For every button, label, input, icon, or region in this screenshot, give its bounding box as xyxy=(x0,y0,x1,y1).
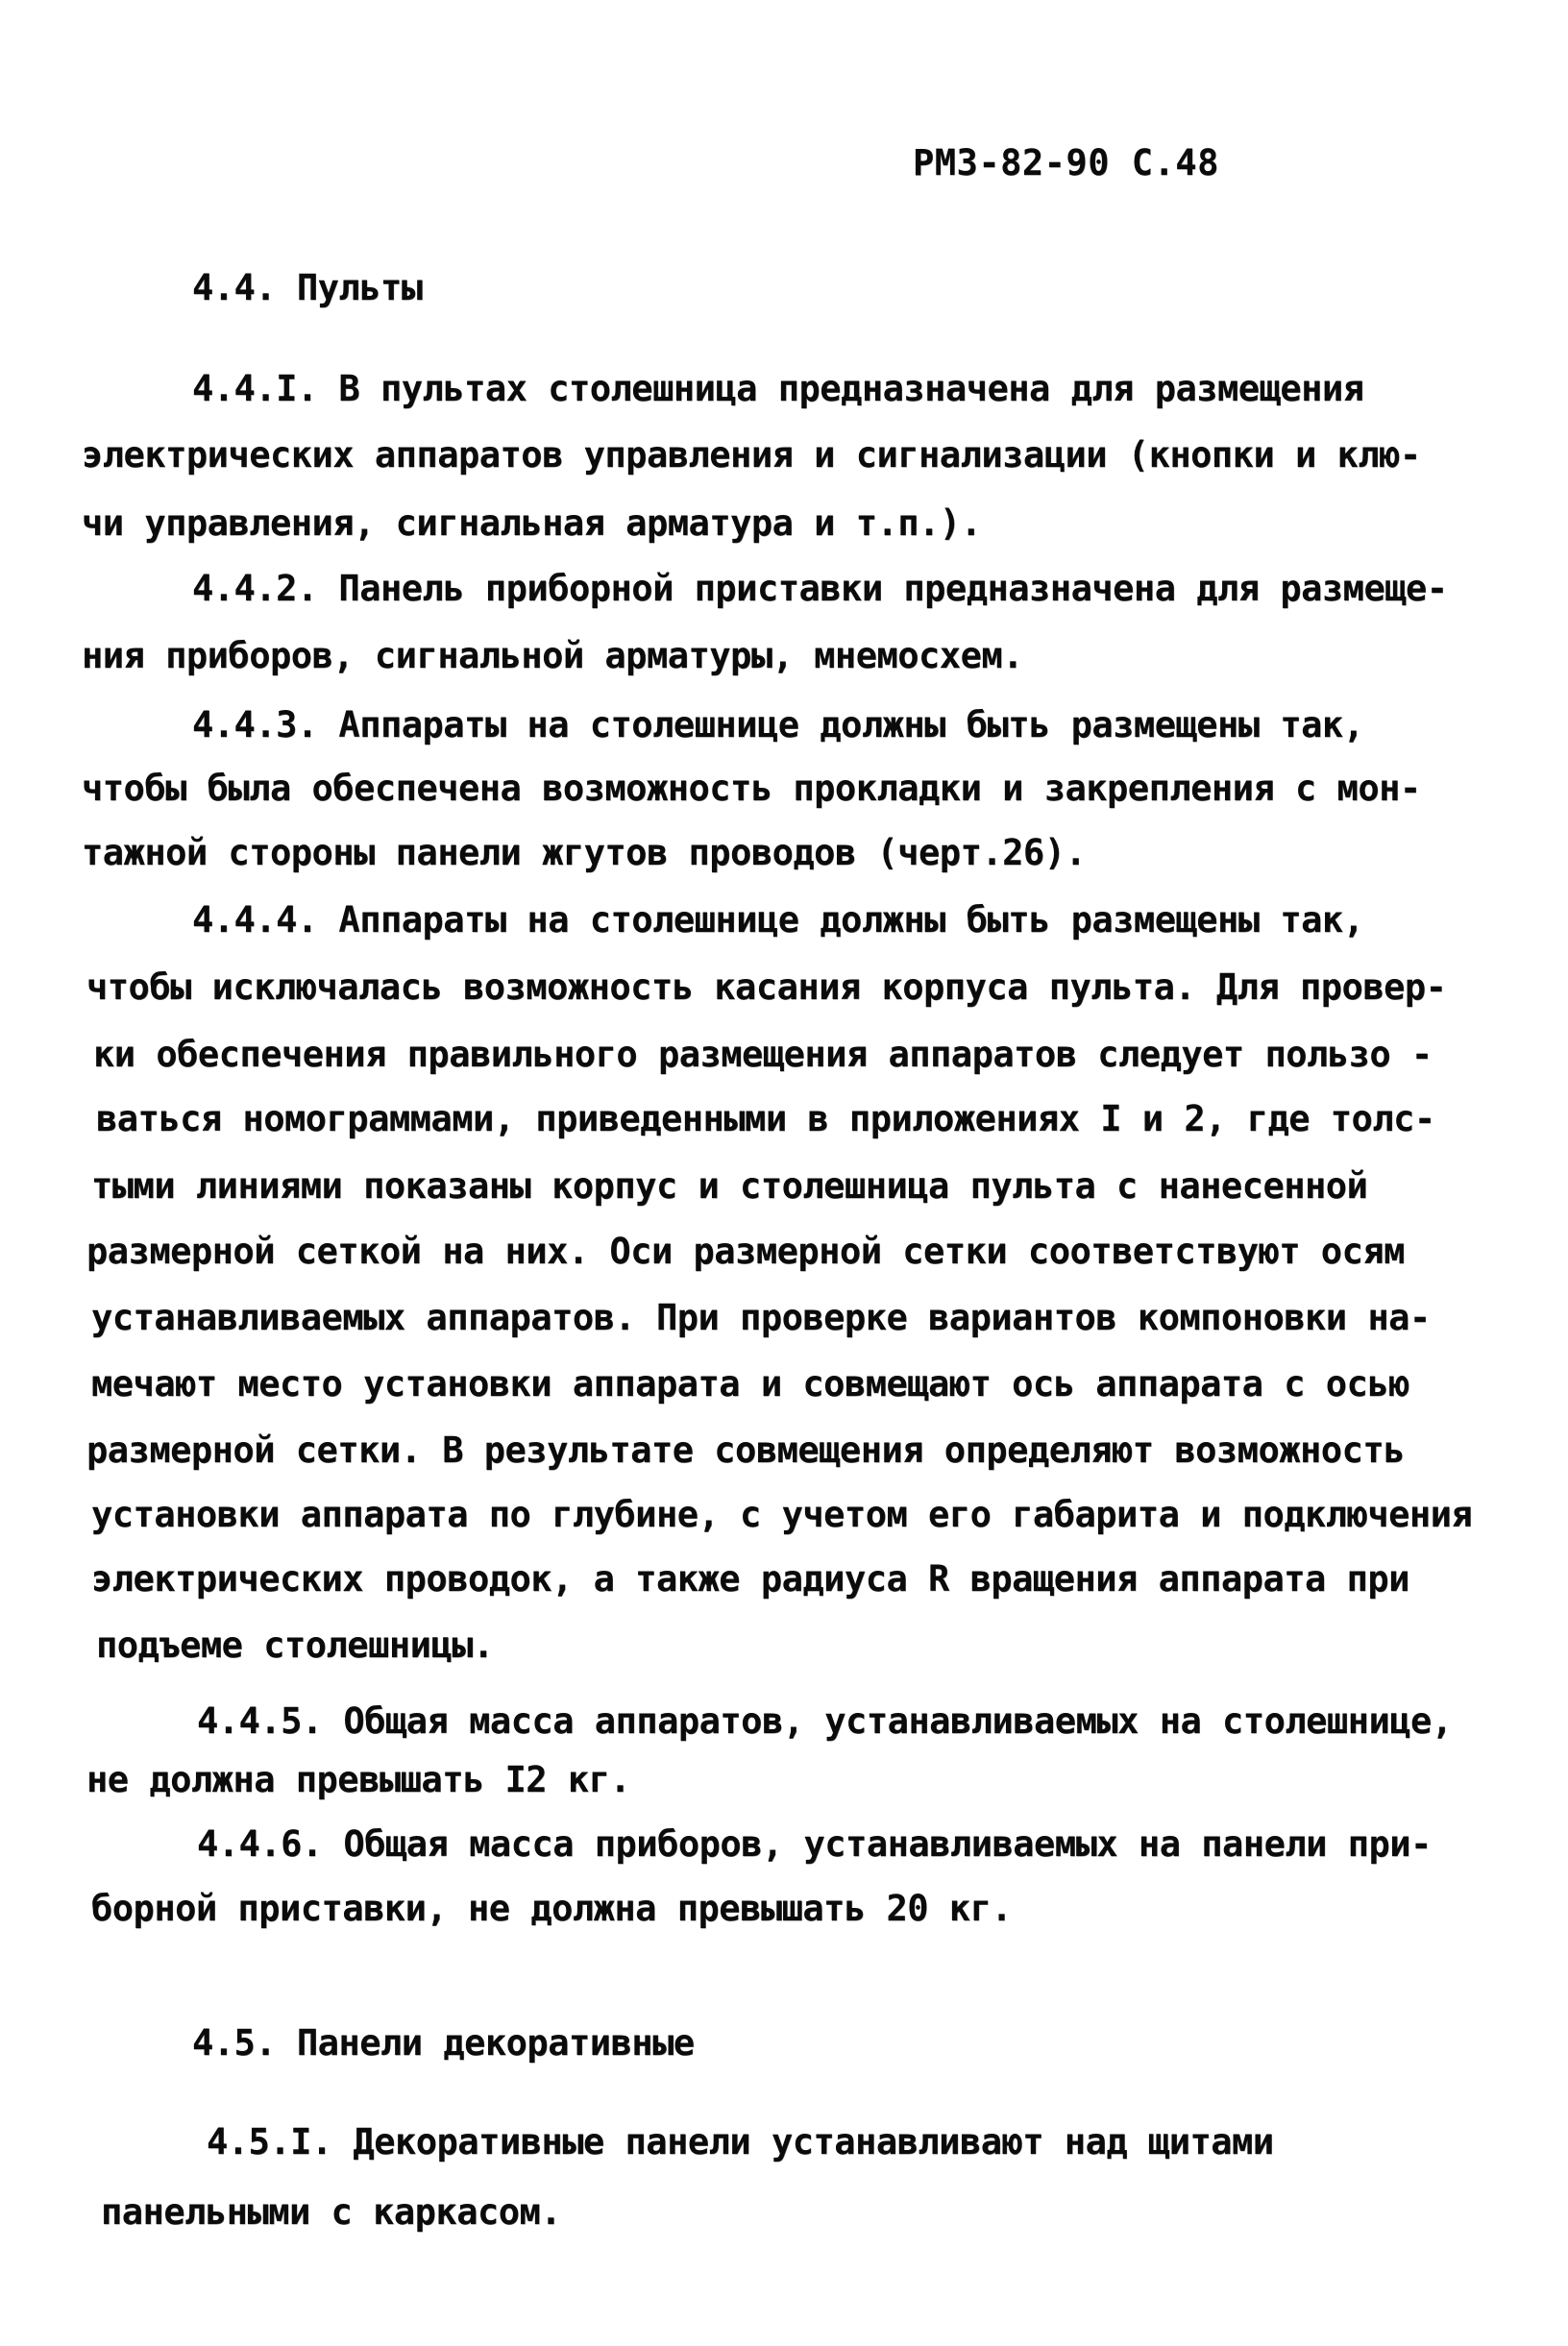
text-line: размерной сетки. В результате совмещения… xyxy=(86,1431,1405,1471)
text-line: размерной сеткой на них. Оси размерной с… xyxy=(86,1233,1405,1272)
text-line: борной приставки, не должна превышать 20… xyxy=(91,1890,1012,1929)
text-line: ки обеспечения правильного размещения ап… xyxy=(93,1036,1433,1075)
text-line: ния приборов, сигнальной арматуры, мнемо… xyxy=(82,637,1023,676)
text-line: устанавливаемых аппаратов. При проверке … xyxy=(91,1299,1431,1338)
text-line: тажной стороны панели жгутов проводов (ч… xyxy=(82,834,1086,873)
text-line: панельными с каркасом. xyxy=(101,2193,561,2233)
text-line: не должна превышать I2 кг. xyxy=(86,1761,630,1800)
text-line: ваться номограммами, приведенными в прил… xyxy=(96,1100,1435,1139)
text-line: подъеме столешницы. xyxy=(96,1626,494,1666)
text-line: 4.4.6. Общая масса приборов, устанавлива… xyxy=(197,1825,1432,1865)
text-line: 4.4.5. Общая масса аппаратов, устанавлив… xyxy=(197,1702,1453,1742)
text-line: чтобы исключалась возможность касания ко… xyxy=(86,968,1446,1008)
page-reference: РМ3-82-90 С.48 xyxy=(913,144,1219,183)
section-heading-4-4: 4.4. Пульты xyxy=(192,269,423,308)
text-line: чтобы была обеспечена возможность прокла… xyxy=(82,770,1421,809)
text-line: 4.5.I. Декоративные панели устанавливают… xyxy=(207,2123,1274,2163)
text-line: тыми линиями показаны корпус и столешниц… xyxy=(91,1167,1367,1207)
scanned-document-page: РМ3-82-90 С.48 4.4. Пульты 4.4.I. В пуль… xyxy=(0,0,1568,2346)
text-line: мечают место установки аппарата и совмещ… xyxy=(91,1365,1409,1405)
text-line: 4.4.I. В пультах столешница предназначен… xyxy=(192,370,1363,409)
text-line: 4.4.4. Аппараты на столешнице должны быт… xyxy=(192,901,1363,941)
text-line: чи управления, сигнальная арматура и т.п… xyxy=(82,504,981,544)
text-line: 4.4.3. Аппараты на столешнице должны быт… xyxy=(192,706,1363,745)
text-line: установки аппарата по глубине, с учетом … xyxy=(91,1496,1472,1535)
text-line: электрических проводок, а также радиуса … xyxy=(91,1560,1409,1600)
text-line: электрических аппаратов управления и сиг… xyxy=(82,436,1421,476)
text-line: 4.4.2. Панель приборной приставки предна… xyxy=(192,570,1448,609)
section-heading-4-5: 4.5. Панели декоративные xyxy=(192,2024,695,2064)
